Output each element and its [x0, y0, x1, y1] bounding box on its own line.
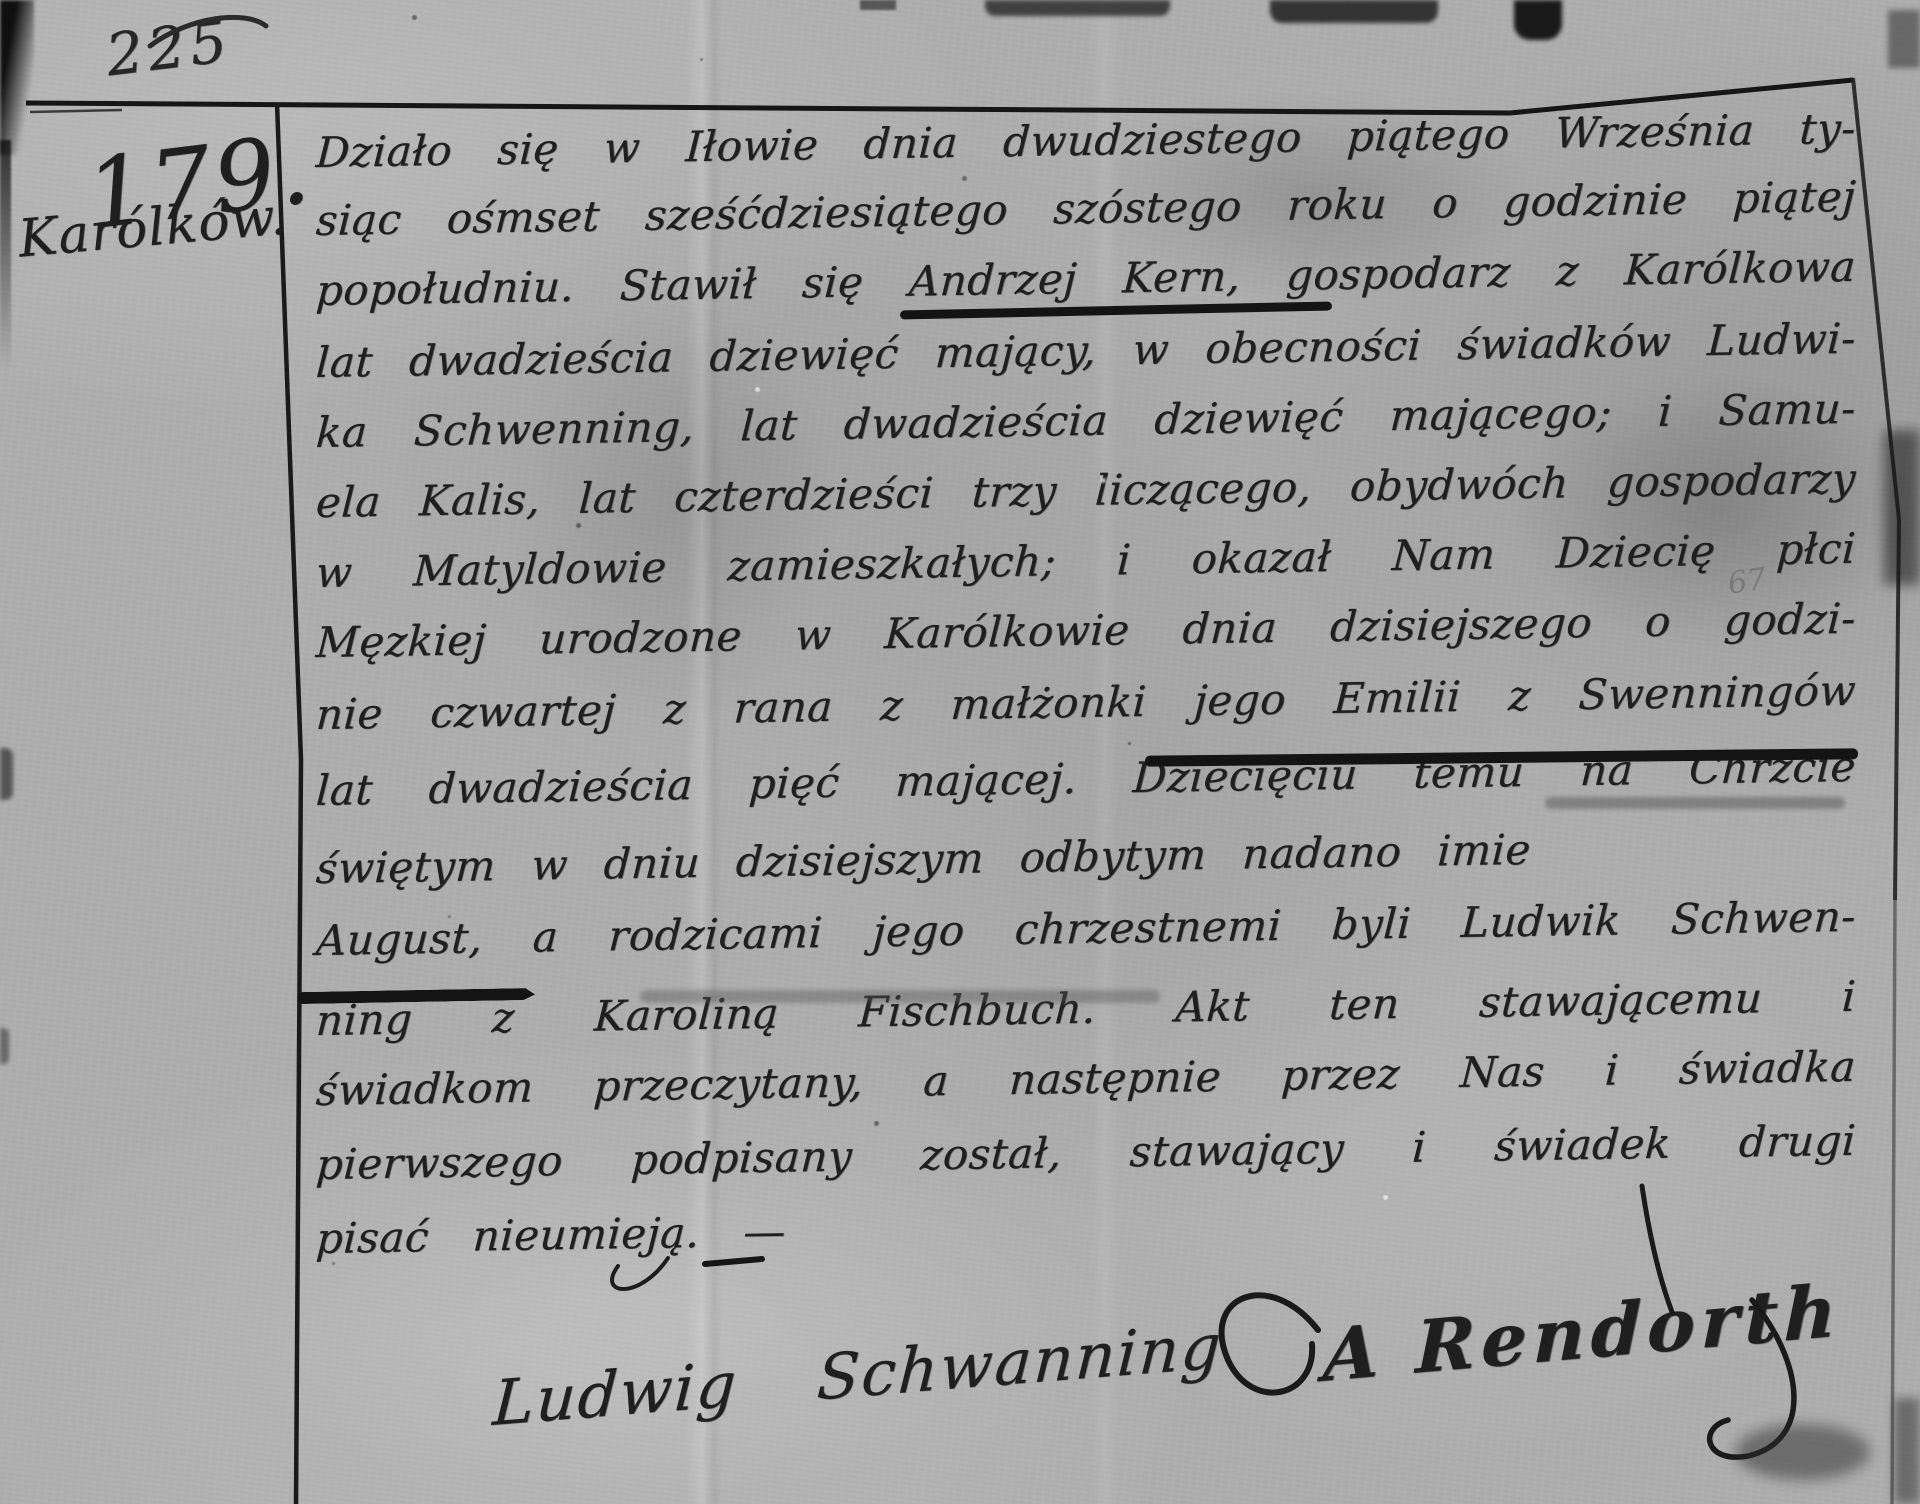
film-edge-mark	[1514, 0, 1562, 40]
record-line: w Matyldowie zamieszkałych; i okazał Nam…	[315, 524, 1858, 599]
register-page-scan: 225 179. Karólków. 67 Działo się w Iłowi…	[0, 0, 1920, 1504]
signature-witness: Ludwig Schwanning	[491, 1309, 1225, 1440]
page-number: 225	[102, 7, 235, 90]
film-edge-mark	[1894, 1398, 1920, 1504]
film-edge-mark	[860, 0, 896, 10]
record-line: popołudniu. Stawił się Andrzej Kern, gos…	[315, 242, 1858, 317]
top-rule-start-stroke	[30, 110, 122, 112]
signature-initial-loop	[1222, 1295, 1318, 1392]
record-line: lat dwadzieścia pięć mającej. Dziecięciu…	[315, 742, 1858, 817]
ink-blot	[1735, 1424, 1870, 1480]
film-edge-mark	[985, 0, 1170, 16]
closing-loop-flourish	[612, 1258, 668, 1289]
film-edge-mark	[1888, 10, 1920, 68]
record-line: świadkom przeczytany, a następnie przez …	[315, 1042, 1858, 1117]
film-edge-mark	[1270, 0, 1438, 23]
record-line: Działo się w Iłowie dnia dwudziestego pi…	[315, 104, 1858, 179]
right-border-rule-lower	[1892, 900, 1895, 1504]
margin-place-name: Karólków.	[16, 186, 290, 269]
dust-specks	[0, 0, 3, 3]
record-line: świętym w dniu dzisiejszym odbytym nadan…	[315, 825, 1533, 895]
film-edge-mark	[0, 0, 34, 155]
record-line: ela Kalis, lat czterdzieści trzy liczące…	[315, 454, 1858, 529]
record-line: nie czwartej z rana z małżonki jego Emil…	[315, 666, 1858, 741]
film-edge-mark	[0, 748, 13, 800]
film-edge-mark	[0, 140, 11, 370]
record-line: Męzkiej urodzone w Karólkowie dnia dzisi…	[315, 594, 1858, 669]
record-line: ning z Karoliną Fischbuch. Akt ten stawa…	[315, 972, 1858, 1047]
film-edge-mark	[0, 1028, 9, 1064]
closing-dash-stroke	[705, 1259, 762, 1264]
signature-registrar: A Rendorth	[1322, 1267, 1842, 1398]
margin-divider-rule	[277, 103, 301, 1504]
right-border-rule	[1853, 78, 1899, 900]
film-edge-mark	[1884, 430, 1920, 585]
record-line: August, a rodzicami jego chrzestnemi byl…	[315, 892, 1858, 967]
record-line: siąc ośmset sześćdziesiątego szóstego ro…	[315, 172, 1858, 247]
record-line: ka Schwenning, lat dwadzieścia dziewięć …	[315, 384, 1858, 459]
record-line: pisać nieumieją. —	[315, 1207, 788, 1265]
record-line: lat dwadzieścia dziewięć mający, w obecn…	[315, 314, 1858, 389]
record-line: pierwszego podpisany został, stawający i…	[315, 1116, 1858, 1191]
pencil-smear	[1545, 797, 1845, 809]
stain	[180, 1140, 1130, 1500]
